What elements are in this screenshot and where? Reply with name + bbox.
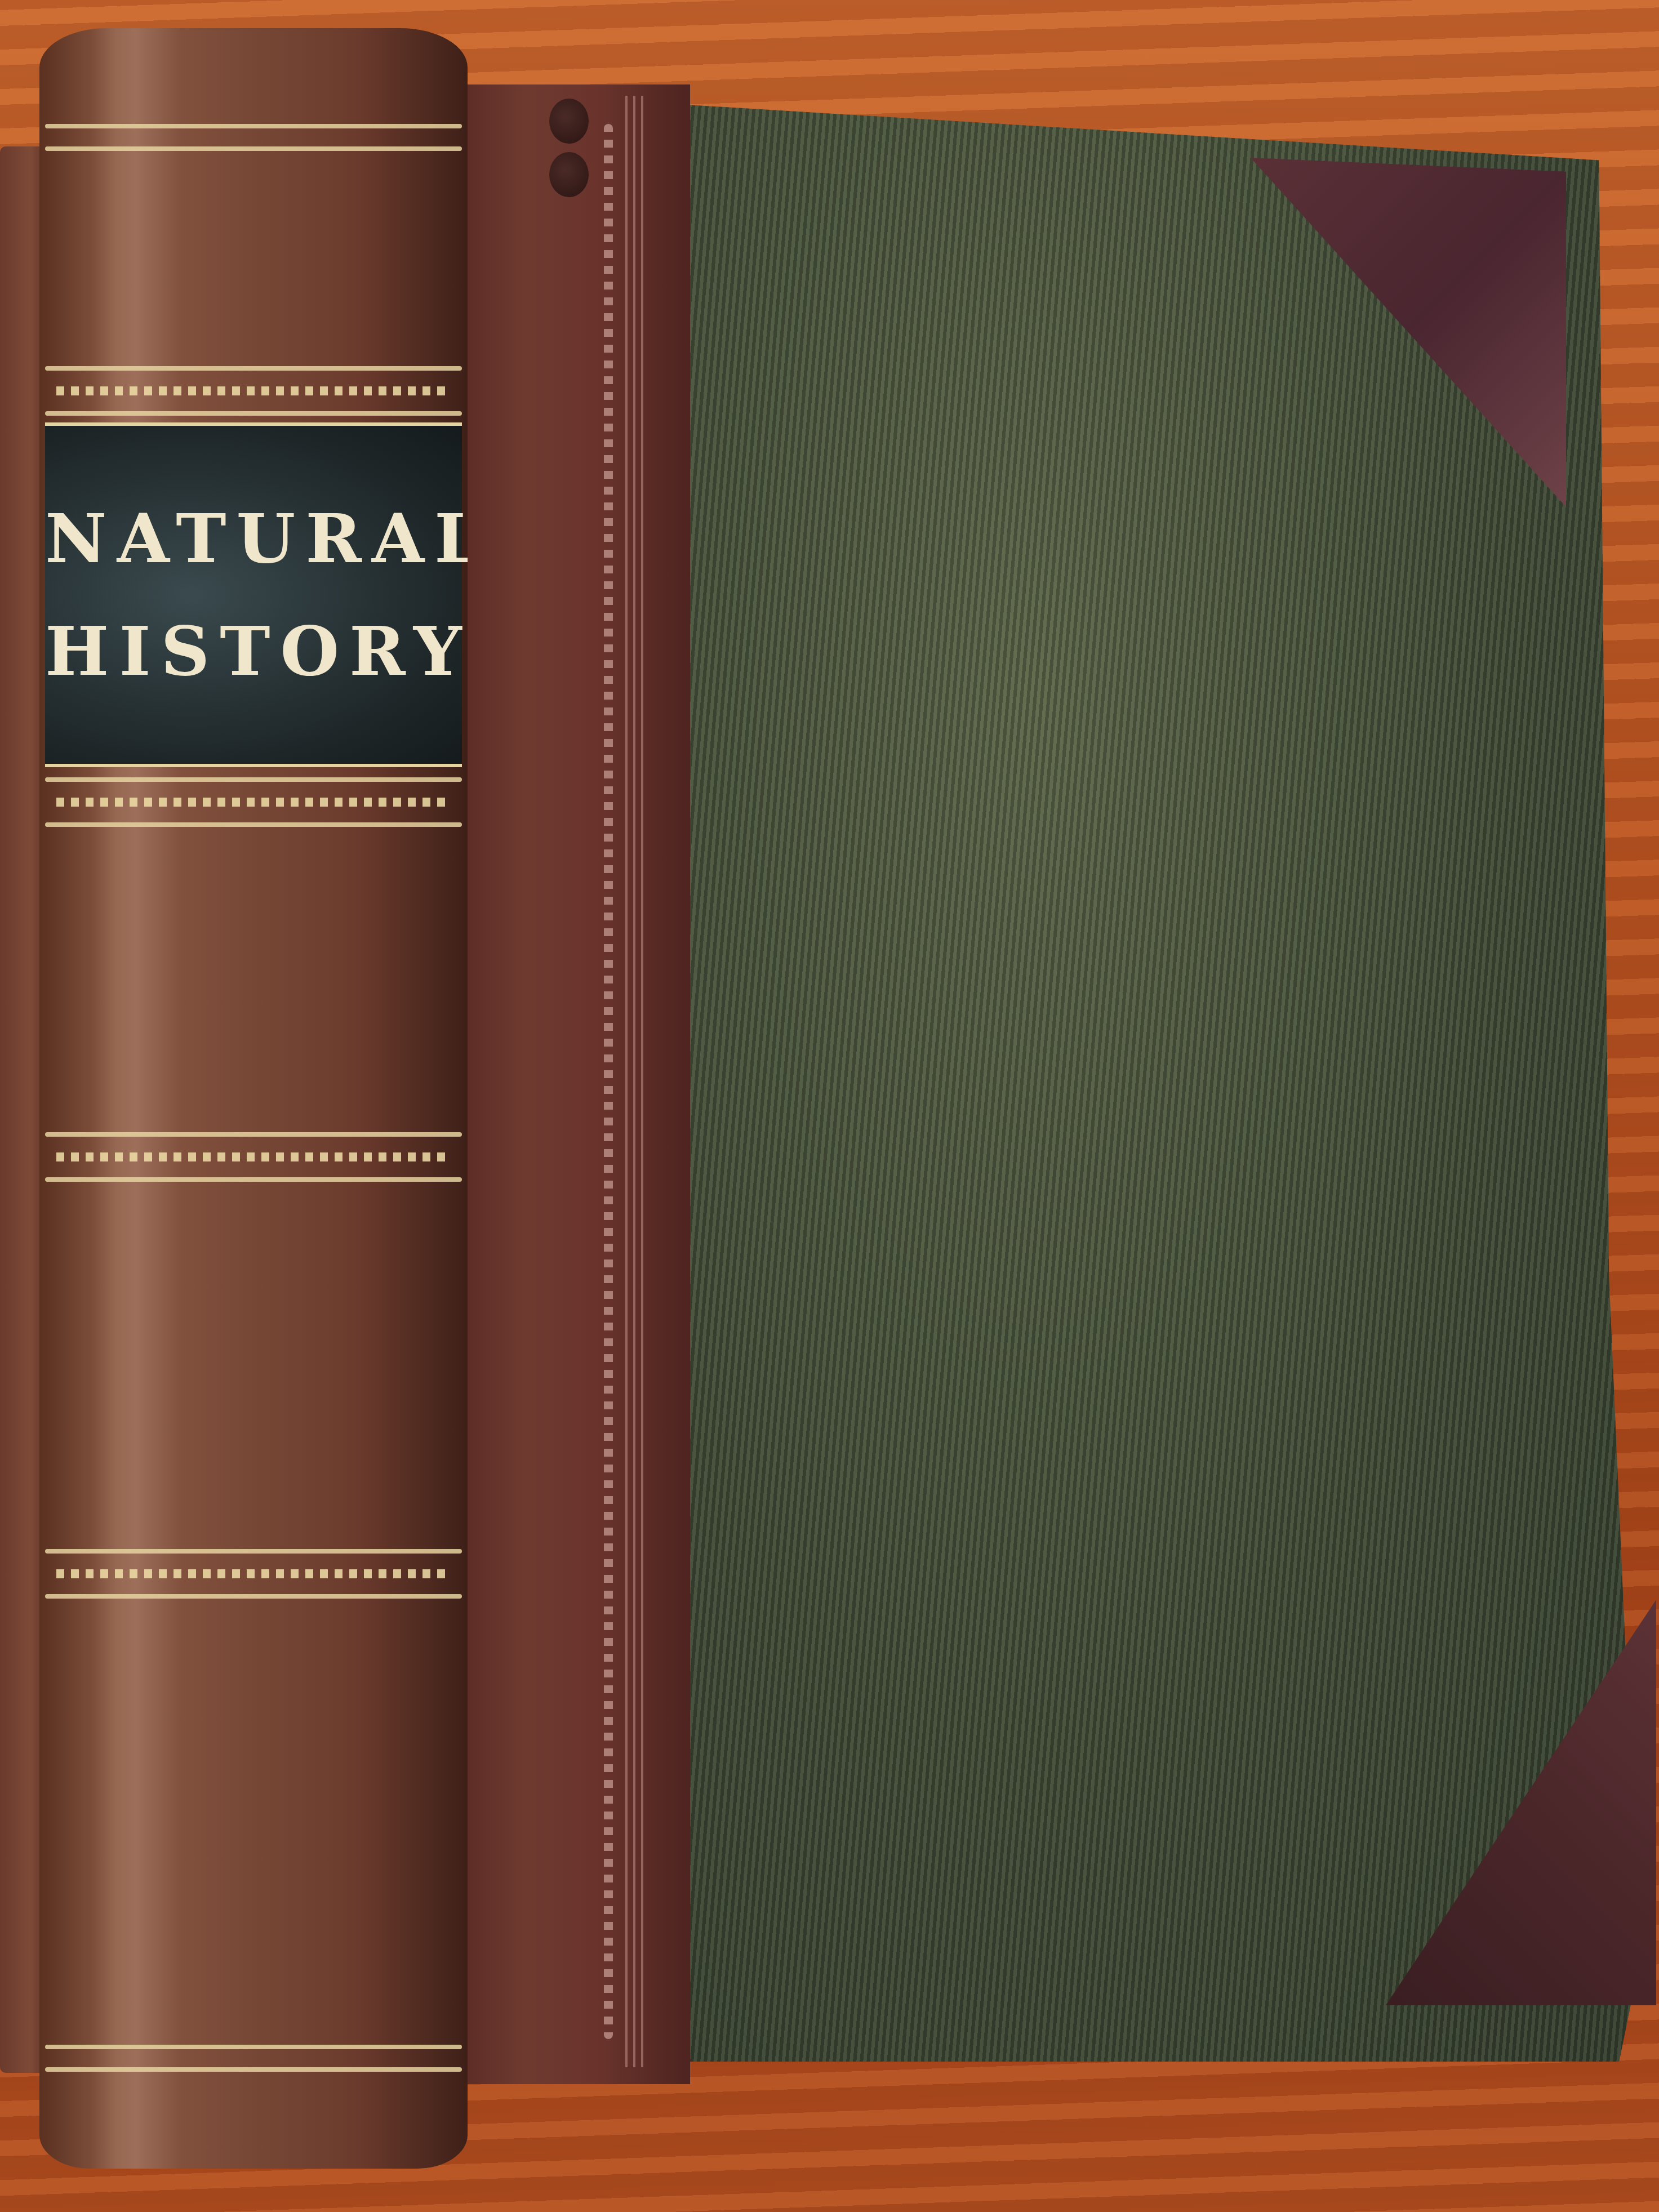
nail-head [549, 99, 589, 144]
spine-title-label: NATURAL HISTORY [45, 422, 462, 767]
gilt-band-3 [39, 1121, 468, 1194]
leather-hinge-strip [453, 84, 690, 2084]
tooled-line [641, 96, 643, 2067]
gilt-band-1 [39, 355, 468, 428]
book-spine: NATURAL HISTORY [39, 28, 468, 2169]
gilt-band-tail [39, 2033, 468, 2107]
blind-tooled-dots [604, 124, 613, 2039]
gilt-band-head [39, 113, 468, 186]
tooled-line [633, 96, 635, 2067]
spine-highlight [90, 28, 180, 2169]
title-line-1: NATURAL [45, 499, 462, 578]
gilt-band-4 [39, 1538, 468, 1611]
tooled-line [625, 96, 628, 2067]
gilt-band-2 [39, 766, 468, 839]
nail-head [549, 152, 589, 197]
title-line-2: HISTORY [45, 612, 462, 691]
